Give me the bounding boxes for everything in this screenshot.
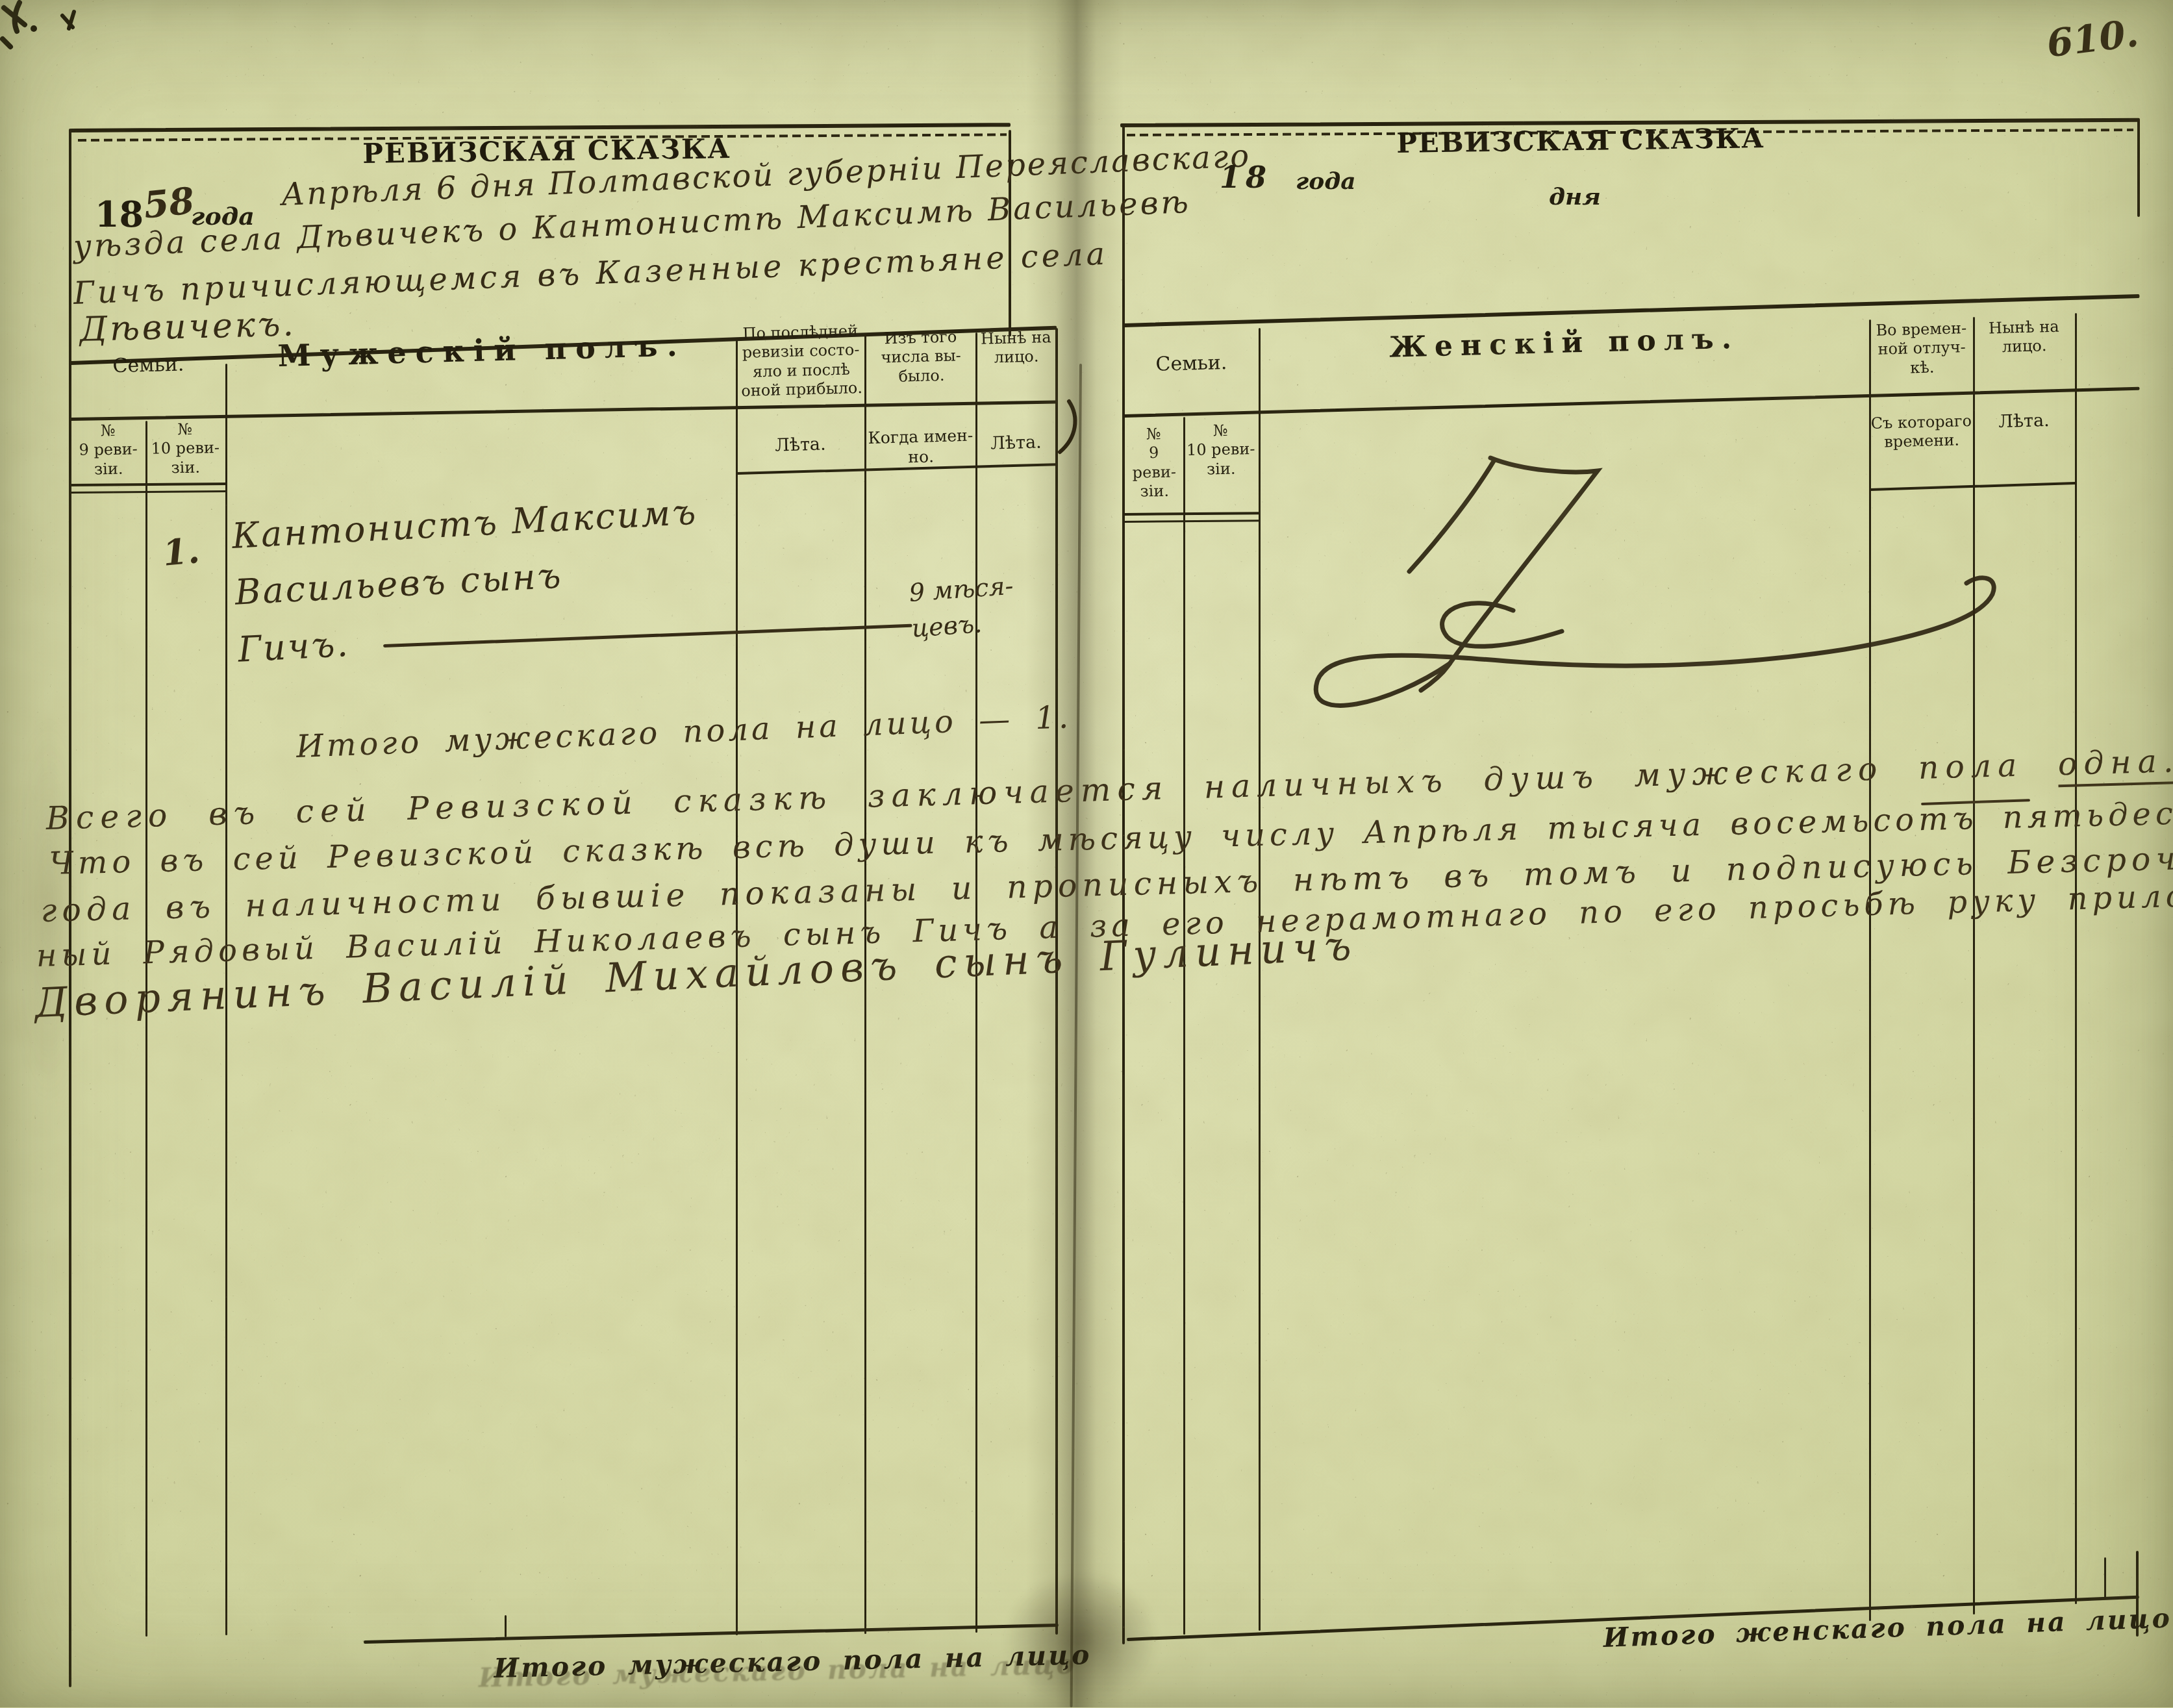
left-subheader-rev9: № 9 реви- зіи. bbox=[71, 421, 145, 479]
right-page-title: РЕВИЗСКАЯ СКАЗКА bbox=[1396, 123, 1735, 159]
entry-family-number: 1. bbox=[161, 529, 201, 574]
right-preamble-goda-printed: года bbox=[1296, 168, 1356, 195]
summary-line-2-underlined-total: одна. bbox=[2057, 742, 2173, 787]
left-header-departed: Изъ того числа вы- было. bbox=[866, 327, 975, 387]
left-preamble-year-handwritten: 58 bbox=[142, 179, 196, 227]
left-subheader-line-b bbox=[70, 490, 227, 494]
right-preamble-year-printed: 18 bbox=[1220, 160, 1272, 195]
left-bottom-tick bbox=[505, 1615, 507, 1637]
right-subheader-line-b bbox=[1124, 520, 1260, 523]
z-flourish-crossout-mark bbox=[1234, 409, 2046, 747]
left-header-now-present: Нынѣ на лицо. bbox=[977, 328, 1055, 368]
right-footer-caption: Итого женскаго пола на лицо bbox=[1603, 1602, 2172, 1653]
right-col-line-1 bbox=[1183, 417, 1185, 1635]
right-header-temporary-absence: Во времен- ной отлуч- кѣ. bbox=[1870, 319, 1973, 379]
left-top-border bbox=[70, 123, 1011, 132]
scanned-revision-list-document: 610. РЕВИЗСКАЯ СКАЗКА 18 58 года Апрѣля … bbox=[0, 0, 2173, 1707]
right-bottom-tick-a bbox=[2104, 1557, 2106, 1599]
left-header-last-revision: По послѣдней ревизіи состо- яло и послѣ … bbox=[738, 321, 864, 401]
summary-line-1: Итого мужескаго пола на лицо — 1. bbox=[295, 699, 1072, 765]
left-subheader-when-exactly: Когда имен- но. bbox=[866, 426, 975, 468]
right-page-right-border-top bbox=[2137, 119, 2140, 217]
right-subheader-rev9: № 9 реви- зіи. bbox=[1125, 424, 1183, 501]
left-subheader-leta2: Лѣта. bbox=[977, 432, 1055, 455]
left-footer-caption: Итого мужескаго пола на лицо bbox=[494, 1639, 1092, 1684]
right-subheader-since-when: Съ котораго времени. bbox=[1870, 412, 1972, 453]
right-subheader-leta: Лѣта. bbox=[1974, 410, 2074, 434]
left-bottom-line bbox=[364, 1624, 1059, 1644]
page-number: 610. bbox=[2044, 11, 2141, 66]
entry-name: Кантонистъ Максимъ Васильевъ сынъ Гичъ. bbox=[231, 483, 705, 678]
fold-crease-line bbox=[1070, 364, 1082, 1707]
right-col-line-3 bbox=[1869, 320, 1871, 1621]
left-header-male-sex: Мужескій полъ. bbox=[227, 326, 736, 376]
corner-scribble-mark bbox=[0, 0, 104, 97]
left-subheader-rev10: № 10 реви- зіи. bbox=[145, 420, 225, 478]
right-header-now-present: Нынѣ на лицо. bbox=[1974, 317, 2074, 357]
entry-age-note: 9 мѣся- цевъ. bbox=[908, 568, 1017, 647]
right-subheader-rev10: № 10 реви- зіи. bbox=[1183, 421, 1259, 479]
right-header-female-sex: Женскій полъ. bbox=[1260, 318, 1868, 368]
left-header-family: Семьи. bbox=[71, 352, 225, 380]
left-header-bottom-line bbox=[70, 400, 1057, 421]
right-preamble-dnya-printed: дня bbox=[1549, 183, 1601, 210]
left-subheader-leta1: Лѣта. bbox=[738, 433, 863, 458]
right-col-line-5 bbox=[2075, 313, 2077, 1604]
right-col-line-4 bbox=[1973, 317, 1975, 1614]
left-col-line-1 bbox=[145, 421, 147, 1637]
right-header-family: Семьи. bbox=[1125, 351, 1258, 378]
left-subheader-line-a bbox=[70, 483, 227, 486]
right-col-line-2 bbox=[1259, 328, 1261, 1631]
right-subheader-line-a bbox=[1124, 512, 1260, 516]
